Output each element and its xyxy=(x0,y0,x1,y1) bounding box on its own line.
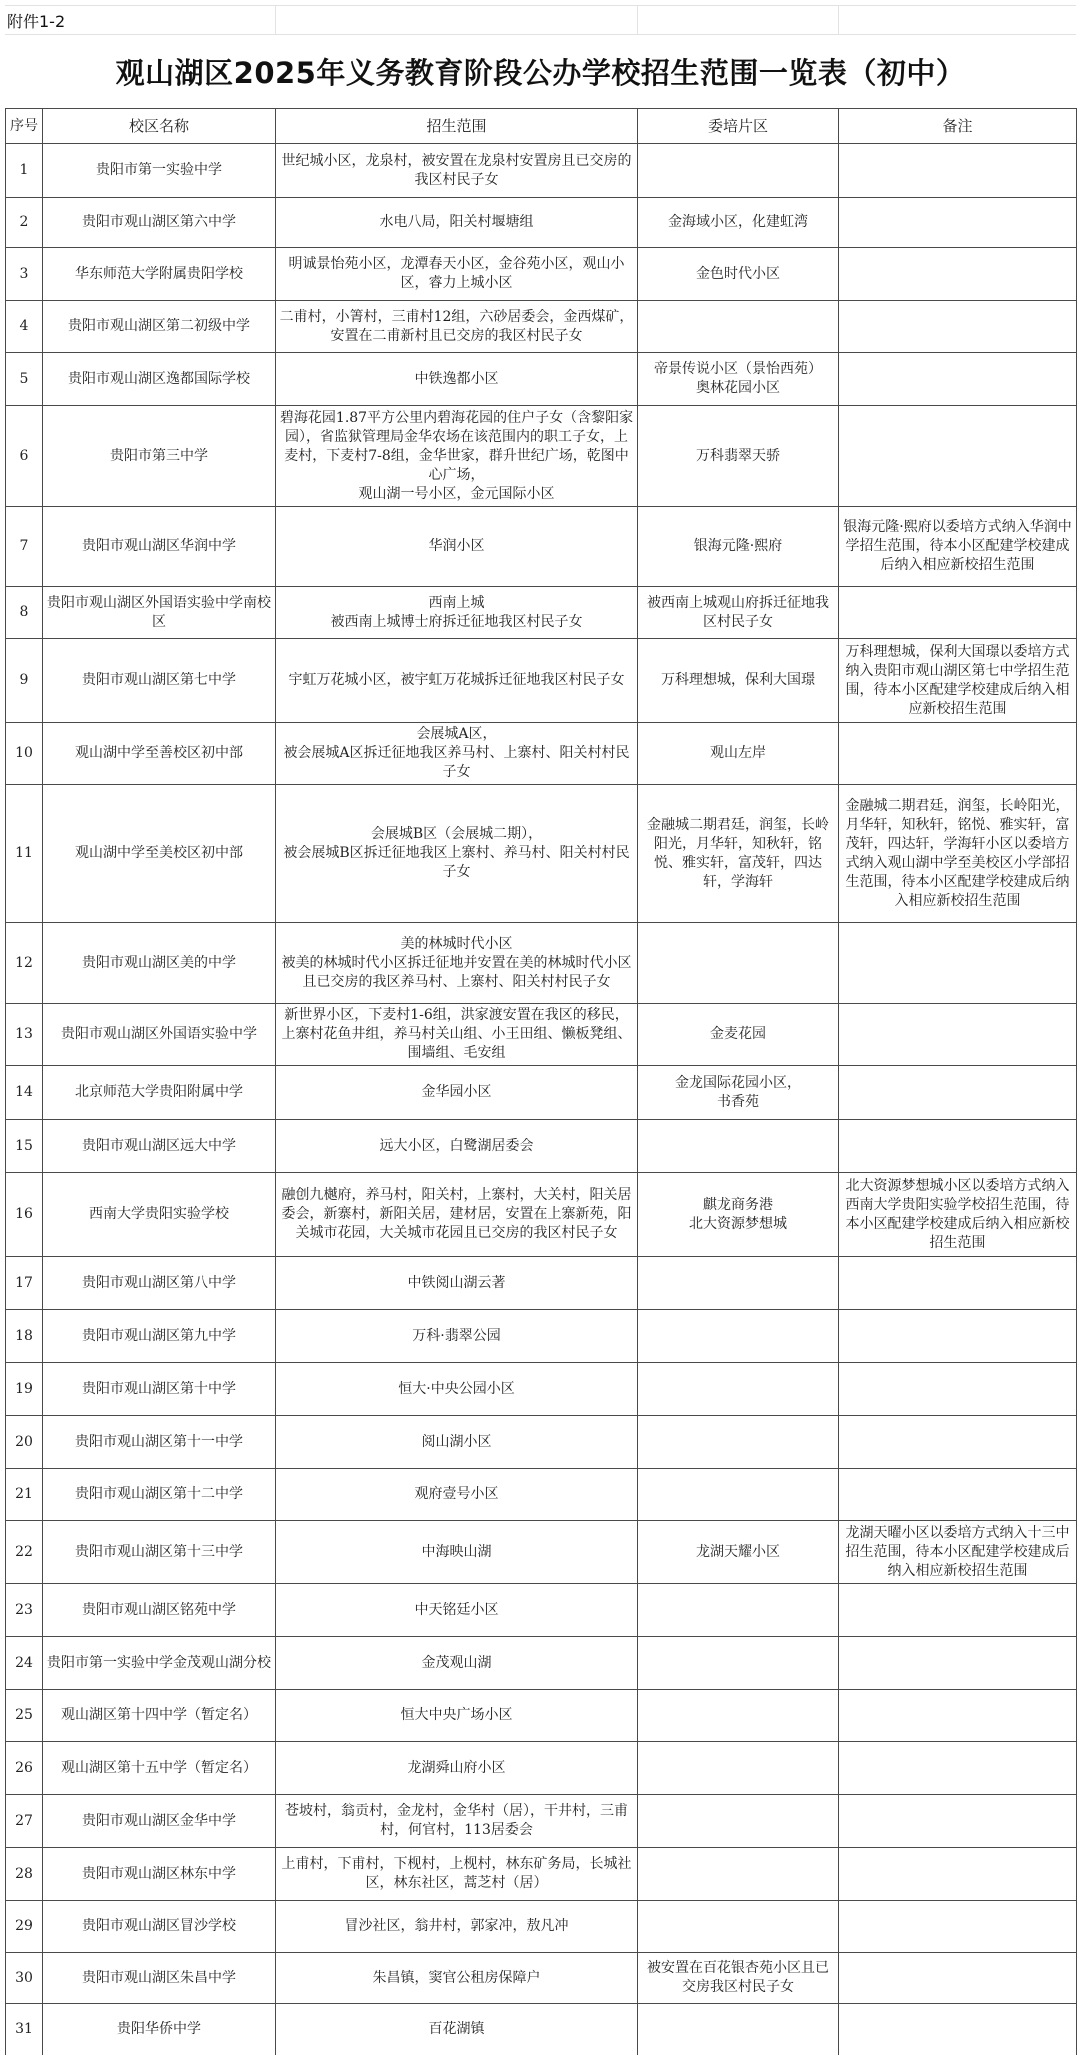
row-entrusted-area: 龙湖天耀小区 xyxy=(638,1521,839,1584)
row-entrusted-area: 万科理想城，保利大国璟 xyxy=(638,639,839,723)
row-note xyxy=(839,1953,1077,2004)
row-school-name: 观山湖中学至美校区初中部 xyxy=(43,785,276,923)
row-school-name: 贵阳市观山湖区朱昌中学 xyxy=(43,1953,276,2004)
row-enrollment-scope: 中天铭廷小区 xyxy=(276,1584,638,1637)
table-row: 18贵阳市观山湖区第九中学万科·翡翠公园 xyxy=(6,1310,1077,1363)
row-note xyxy=(839,1363,1077,1416)
table-row: 25观山湖区第十四中学（暂定名）恒大中央广场小区 xyxy=(6,1690,1077,1742)
row-entrusted-area: 麒龙商务港北大资源梦想城 xyxy=(638,1173,839,1257)
row-note xyxy=(839,723,1077,785)
row-school-name: 观山湖区第十五中学（暂定名） xyxy=(43,1742,276,1795)
row-school-name: 贵阳市观山湖区外国语实验中学 xyxy=(43,1004,276,1066)
row-entrusted-area: 金龙国际花园小区，书香苑 xyxy=(638,1066,839,1120)
row-entrusted-area xyxy=(638,1469,839,1521)
row-school-name: 贵阳市观山湖区金华中学 xyxy=(43,1795,276,1848)
table-row: 20贵阳市观山湖区第十一中学阅山湖小区 xyxy=(6,1416,1077,1469)
row-seq: 20 xyxy=(6,1416,43,1469)
row-enrollment-scope: 宇虹万花城小区，被宇虹万花城拆迁征地我区村民子女 xyxy=(276,639,638,723)
table-row: 27贵阳市观山湖区金华中学苍坡村，翁贡村，金龙村，金华村（居），干井村，三甫村，… xyxy=(6,1795,1077,1848)
row-enrollment-scope: 华润小区 xyxy=(276,507,638,587)
table-row: 11观山湖中学至美校区初中部会展城B区（会展城二期），被会展城B区拆迁征地我区上… xyxy=(6,785,1077,923)
row-school-name: 西南大学贵阳实验学校 xyxy=(43,1173,276,1257)
row-enrollment-scope: 中海映山湖 xyxy=(276,1521,638,1584)
row-entrusted-area xyxy=(638,1257,839,1310)
gridline xyxy=(838,6,839,34)
row-note xyxy=(839,1416,1077,1469)
table-row: 28贵阳市观山湖区林东中学上甫村，下甫村，下枧村，上枧村，林东矿务局，长城社区，… xyxy=(6,1848,1077,1901)
row-seq: 23 xyxy=(6,1584,43,1637)
row-note xyxy=(839,1004,1077,1066)
row-note xyxy=(839,2004,1077,2055)
table-row: 3华东师范大学附属贵阳学校明诚景怡苑小区，龙潭春天小区，金谷苑小区，观山小区，睿… xyxy=(6,248,1077,301)
row-school-name: 贵阳市观山湖区第八中学 xyxy=(43,1257,276,1310)
row-entrusted-area xyxy=(638,1584,839,1637)
enrollment-table: 序号 校区名称 招生范围 委培片区 备注 1贵阳市第一实验中学世纪城小区，龙泉村… xyxy=(5,108,1077,2055)
row-note xyxy=(839,1848,1077,1901)
row-note xyxy=(839,1469,1077,1521)
row-school-name: 贵阳市观山湖区第九中学 xyxy=(43,1310,276,1363)
table-row: 19贵阳市观山湖区第十中学恒大·中央公园小区 xyxy=(6,1363,1077,1416)
row-enrollment-scope: 恒大·中央公园小区 xyxy=(276,1363,638,1416)
row-school-name: 贵阳市观山湖区第十二中学 xyxy=(43,1469,276,1521)
row-note: 银海元隆·熙府以委培方式纳入华润中学招生范围，待本小区配建学校建成后纳入相应新校… xyxy=(839,507,1077,587)
row-seq: 2 xyxy=(6,198,43,248)
row-enrollment-scope: 会展城A区，被会展城A区拆迁征地我区养马村、上寨村、阳关村村民子女 xyxy=(276,723,638,785)
row-entrusted-area xyxy=(638,1901,839,1953)
row-seq: 10 xyxy=(6,723,43,785)
row-school-name: 贵阳市观山湖区第二初级中学 xyxy=(43,301,276,353)
row-seq: 3 xyxy=(6,248,43,301)
row-seq: 21 xyxy=(6,1469,43,1521)
table-row: 31贵阳华侨中学百花湖镇 xyxy=(6,2004,1077,2055)
row-school-name: 贵阳市观山湖区第七中学 xyxy=(43,639,276,723)
table-row: 15贵阳市观山湖区远大中学远大小区，白鹭湖居委会 xyxy=(6,1120,1077,1173)
row-seq: 30 xyxy=(6,1953,43,2004)
row-seq: 12 xyxy=(6,923,43,1004)
row-note xyxy=(839,406,1077,507)
row-school-name: 贵阳市观山湖区第十三中学 xyxy=(43,1521,276,1584)
table-row: 2贵阳市观山湖区第六中学水电八局，阳关村堰塘组金海域小区，化建虹湾 xyxy=(6,198,1077,248)
table-row: 17贵阳市观山湖区第八中学中铁阅山湖云著 xyxy=(6,1257,1077,1310)
row-enrollment-scope: 百花湖镇 xyxy=(276,2004,638,2055)
row-school-name: 贵阳市观山湖区华润中学 xyxy=(43,507,276,587)
row-school-name: 贵阳华侨中学 xyxy=(43,2004,276,2055)
row-seq: 14 xyxy=(6,1066,43,1120)
row-entrusted-area: 银海元隆·熙府 xyxy=(638,507,839,587)
table-row: 6贵阳市第三中学碧海花园1.87平方公里内碧海花园的住户子女（含黎阳家园），省监… xyxy=(6,406,1077,507)
row-note xyxy=(839,198,1077,248)
table-row: 7贵阳市观山湖区华润中学华润小区银海元隆·熙府银海元隆·熙府以委培方式纳入华润中… xyxy=(6,507,1077,587)
page-title: 观山湖区2025年义务教育阶段公办学校招生范围一览表（初中） xyxy=(5,34,1076,108)
row-enrollment-scope: 金茂观山湖 xyxy=(276,1637,638,1690)
row-school-name: 贵阳市观山湖区第十中学 xyxy=(43,1363,276,1416)
row-school-name: 贵阳市观山湖区铭苑中学 xyxy=(43,1584,276,1637)
row-school-name: 贵阳市观山湖区林东中学 xyxy=(43,1848,276,1901)
row-enrollment-scope: 碧海花园1.87平方公里内碧海花园的住户子女（含黎阳家园），省监狱管理局金华农场… xyxy=(276,406,638,507)
row-seq: 22 xyxy=(6,1521,43,1584)
table-row: 21贵阳市观山湖区第十二中学观府壹号小区 xyxy=(6,1469,1077,1521)
row-school-name: 贵阳市观山湖区逸都国际学校 xyxy=(43,353,276,406)
row-school-name: 贵阳市观山湖区外国语实验中学南校区 xyxy=(43,587,276,639)
row-note xyxy=(839,1795,1077,1848)
row-note xyxy=(839,1310,1077,1363)
table-row: 14北京师范大学贵阳附属中学金华园小区金龙国际花园小区，书香苑 xyxy=(6,1066,1077,1120)
table-row: 12贵阳市观山湖区美的中学美的林城时代小区被美的林城时代小区拆迁征地并安置在美的… xyxy=(6,923,1077,1004)
row-enrollment-scope: 龙湖舜山府小区 xyxy=(276,1742,638,1795)
row-seq: 24 xyxy=(6,1637,43,1690)
row-note xyxy=(839,923,1077,1004)
row-note xyxy=(839,1690,1077,1742)
table-row: 16西南大学贵阳实验学校融创九樾府，养马村，阳关村，上寨村，大关村，阳关居委会，… xyxy=(6,1173,1077,1257)
gridline xyxy=(637,6,638,34)
table-row: 4贵阳市观山湖区第二初级中学二甫村，小箐村，三甫村12组，六砂居委会，金西煤矿，… xyxy=(6,301,1077,353)
row-seq: 27 xyxy=(6,1795,43,1848)
table-row: 23贵阳市观山湖区铭苑中学中天铭廷小区 xyxy=(6,1584,1077,1637)
row-seq: 19 xyxy=(6,1363,43,1416)
row-entrusted-area: 被安置在百花银杏苑小区且已交房我区村民子女 xyxy=(638,1953,839,2004)
header-note: 备注 xyxy=(839,109,1077,144)
row-enrollment-scope: 美的林城时代小区被美的林城时代小区拆迁征地并安置在美的林城时代小区且已交房的我区… xyxy=(276,923,638,1004)
row-school-name: 贵阳市观山湖区第十一中学 xyxy=(43,1416,276,1469)
spreadsheet-top-row xyxy=(5,5,1076,35)
row-note xyxy=(839,301,1077,353)
row-enrollment-scope: 远大小区，白鹭湖居委会 xyxy=(276,1120,638,1173)
row-entrusted-area xyxy=(638,1795,839,1848)
row-note xyxy=(839,1742,1077,1795)
row-enrollment-scope: 阅山湖小区 xyxy=(276,1416,638,1469)
row-enrollment-scope: 二甫村，小箐村，三甫村12组，六砂居委会，金西煤矿，安置在二甫新村且已交房的我区… xyxy=(276,301,638,353)
row-school-name: 华东师范大学附属贵阳学校 xyxy=(43,248,276,301)
row-enrollment-scope: 金华园小区 xyxy=(276,1066,638,1120)
row-note xyxy=(839,353,1077,406)
row-enrollment-scope: 中铁阅山湖云著 xyxy=(276,1257,638,1310)
row-note xyxy=(839,1637,1077,1690)
row-entrusted-area xyxy=(638,1848,839,1901)
row-seq: 6 xyxy=(6,406,43,507)
row-entrusted-area: 帝景传说小区（景怡西苑）奥林花园小区 xyxy=(638,353,839,406)
row-school-name: 贵阳市观山湖区第六中学 xyxy=(43,198,276,248)
row-note xyxy=(839,1257,1077,1310)
row-seq: 25 xyxy=(6,1690,43,1742)
row-note xyxy=(839,1584,1077,1637)
gridline xyxy=(275,6,276,34)
row-school-name: 贵阳市观山湖区冒沙学校 xyxy=(43,1901,276,1953)
row-seq: 1 xyxy=(6,144,43,198)
row-note: 万科理想城，保利大国璟以委培方式纳入贵阳市观山湖区第七中学招生范围，待本小区配建… xyxy=(839,639,1077,723)
table-row: 29贵阳市观山湖区冒沙学校冒沙社区，翁井村，郭家冲，敖凡冲 xyxy=(6,1901,1077,1953)
row-entrusted-area xyxy=(638,2004,839,2055)
row-seq: 11 xyxy=(6,785,43,923)
table-row: 8贵阳市观山湖区外国语实验中学南校区西南上城被西南上城博士府拆迁征地我区村民子女… xyxy=(6,587,1077,639)
row-seq: 7 xyxy=(6,507,43,587)
row-seq: 4 xyxy=(6,301,43,353)
row-note xyxy=(839,144,1077,198)
row-enrollment-scope: 西南上城被西南上城博士府拆迁征地我区村民子女 xyxy=(276,587,638,639)
row-school-name: 贵阳市第三中学 xyxy=(43,406,276,507)
row-enrollment-scope: 苍坡村，翁贡村，金龙村，金华村（居），干井村，三甫村，何官村，113居委会 xyxy=(276,1795,638,1848)
header-school: 校区名称 xyxy=(43,109,276,144)
row-note xyxy=(839,248,1077,301)
row-school-name: 北京师范大学贵阳附属中学 xyxy=(43,1066,276,1120)
row-school-name: 贵阳市观山湖区美的中学 xyxy=(43,923,276,1004)
header-seq: 序号 xyxy=(6,109,43,144)
row-enrollment-scope: 观府壹号小区 xyxy=(276,1469,638,1521)
row-note xyxy=(839,1901,1077,1953)
row-enrollment-scope: 新世界小区，下麦村1-6组，洪家渡安置在我区的移民，上寨村花鱼井组，养马村关山组… xyxy=(276,1004,638,1066)
row-note: 北大资源梦想城小区以委培方式纳入西南大学贵阳实验学校招生范围，待本小区配建学校建… xyxy=(839,1173,1077,1257)
row-school-name: 观山湖区第十四中学（暂定名） xyxy=(43,1690,276,1742)
row-note xyxy=(839,1120,1077,1173)
row-entrusted-area: 金海域小区，化建虹湾 xyxy=(638,198,839,248)
row-entrusted-area xyxy=(638,144,839,198)
header-entrusted: 委培片区 xyxy=(638,109,839,144)
row-entrusted-area xyxy=(638,1310,839,1363)
row-enrollment-scope: 融创九樾府，养马村，阳关村，上寨村，大关村，阳关居委会，新寨村，新阳关居，建材居… xyxy=(276,1173,638,1257)
row-entrusted-area: 金融城二期君廷，润玺，长岭阳光，月华轩，知秋轩，铭悦、雅实轩，富茂轩，四达轩，学… xyxy=(638,785,839,923)
row-entrusted-area xyxy=(638,1742,839,1795)
table-row: 5贵阳市观山湖区逸都国际学校中铁逸都小区帝景传说小区（景怡西苑）奥林花园小区 xyxy=(6,353,1077,406)
row-entrusted-area xyxy=(638,1363,839,1416)
row-entrusted-area xyxy=(638,1690,839,1742)
row-enrollment-scope: 世纪城小区，龙泉村，被安置在龙泉村安置房且已交房的我区村民子女 xyxy=(276,144,638,198)
row-entrusted-area xyxy=(638,301,839,353)
row-enrollment-scope: 恒大中央广场小区 xyxy=(276,1690,638,1742)
row-entrusted-area xyxy=(638,1120,839,1173)
row-school-name: 观山湖中学至善校区初中部 xyxy=(43,723,276,785)
row-entrusted-area: 金色时代小区 xyxy=(638,248,839,301)
row-seq: 16 xyxy=(6,1173,43,1257)
table-row: 1贵阳市第一实验中学世纪城小区，龙泉村，被安置在龙泉村安置房且已交房的我区村民子… xyxy=(6,144,1077,198)
row-seq: 28 xyxy=(6,1848,43,1901)
row-enrollment-scope: 上甫村，下甫村，下枧村，上枧村，林东矿务局，长城社区，林东社区，蒿芝村（居） xyxy=(276,1848,638,1901)
row-seq: 9 xyxy=(6,639,43,723)
row-enrollment-scope: 冒沙社区，翁井村，郭家冲，敖凡冲 xyxy=(276,1901,638,1953)
row-enrollment-scope: 万科·翡翠公园 xyxy=(276,1310,638,1363)
table-row: 10观山湖中学至善校区初中部会展城A区，被会展城A区拆迁征地我区养马村、上寨村、… xyxy=(6,723,1077,785)
table-row: 9贵阳市观山湖区第七中学宇虹万花城小区，被宇虹万花城拆迁征地我区村民子女万科理想… xyxy=(6,639,1077,723)
row-entrusted-area: 万科翡翠天骄 xyxy=(638,406,839,507)
row-entrusted-area xyxy=(638,923,839,1004)
row-entrusted-area: 观山左岸 xyxy=(638,723,839,785)
row-seq: 13 xyxy=(6,1004,43,1066)
row-seq: 31 xyxy=(6,2004,43,2055)
row-seq: 15 xyxy=(6,1120,43,1173)
row-note: 龙湖天曜小区以委培方式纳入十三中招生范围，待本小区配建学校建成后纳入相应新校招生… xyxy=(839,1521,1077,1584)
table-row: 30贵阳市观山湖区朱昌中学朱昌镇，窦官公租房保障户被安置在百花银杏苑小区且已交房… xyxy=(6,1953,1077,2004)
row-entrusted-area: 被西南上城观山府拆迁征地我区村民子女 xyxy=(638,587,839,639)
row-seq: 17 xyxy=(6,1257,43,1310)
row-enrollment-scope: 中铁逸都小区 xyxy=(276,353,638,406)
table-row: 22贵阳市观山湖区第十三中学中海映山湖龙湖天耀小区龙湖天曜小区以委培方式纳入十三… xyxy=(6,1521,1077,1584)
row-seq: 26 xyxy=(6,1742,43,1795)
attachment-label: 附件1-2 xyxy=(7,9,65,32)
row-note: 金融城二期君廷，润玺，长岭阳光，月华轩，知秋轩，铭悦、雅实轩，富茂轩，四达轩，学… xyxy=(839,785,1077,923)
row-school-name: 贵阳市观山湖区远大中学 xyxy=(43,1120,276,1173)
table-header-row: 序号 校区名称 招生范围 委培片区 备注 xyxy=(6,109,1077,144)
table-row: 26观山湖区第十五中学（暂定名）龙湖舜山府小区 xyxy=(6,1742,1077,1795)
row-school-name: 贵阳市第一实验中学 xyxy=(43,144,276,198)
table-row: 24贵阳市第一实验中学金茂观山湖分校金茂观山湖 xyxy=(6,1637,1077,1690)
row-seq: 8 xyxy=(6,587,43,639)
row-enrollment-scope: 会展城B区（会展城二期），被会展城B区拆迁征地我区上寨村、养马村、阳关村村民子女 xyxy=(276,785,638,923)
row-seq: 18 xyxy=(6,1310,43,1363)
row-entrusted-area xyxy=(638,1637,839,1690)
row-entrusted-area xyxy=(638,1416,839,1469)
row-note xyxy=(839,1066,1077,1120)
row-entrusted-area: 金麦花园 xyxy=(638,1004,839,1066)
row-note xyxy=(839,587,1077,639)
header-scope: 招生范围 xyxy=(276,109,638,144)
row-enrollment-scope: 水电八局，阳关村堰塘组 xyxy=(276,198,638,248)
row-seq: 5 xyxy=(6,353,43,406)
row-enrollment-scope: 明诚景怡苑小区，龙潭春天小区，金谷苑小区，观山小区，睿力上城小区 xyxy=(276,248,638,301)
table-row: 13贵阳市观山湖区外国语实验中学新世界小区，下麦村1-6组，洪家渡安置在我区的移… xyxy=(6,1004,1077,1066)
row-seq: 29 xyxy=(6,1901,43,1953)
row-school-name: 贵阳市第一实验中学金茂观山湖分校 xyxy=(43,1637,276,1690)
row-enrollment-scope: 朱昌镇，窦官公租房保障户 xyxy=(276,1953,638,2004)
table-body: 1贵阳市第一实验中学世纪城小区，龙泉村，被安置在龙泉村安置房且已交房的我区村民子… xyxy=(6,144,1077,2055)
